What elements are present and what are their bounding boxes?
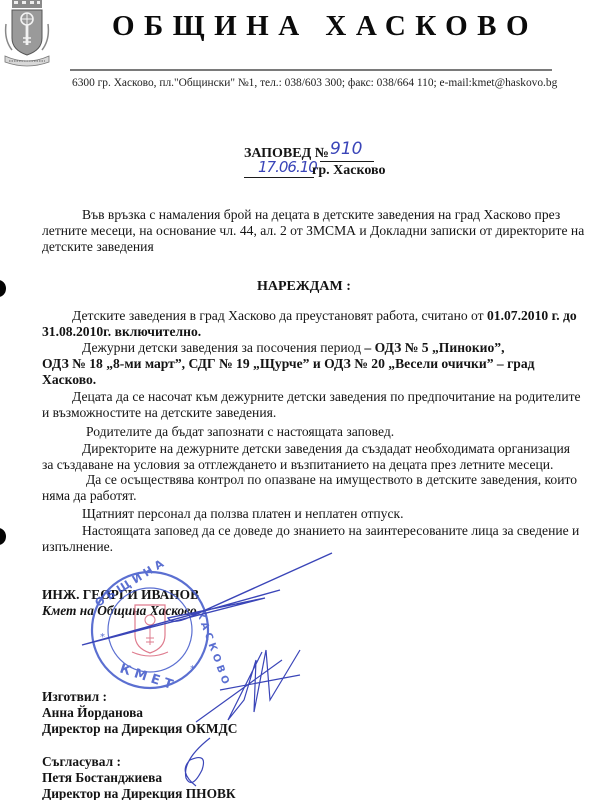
body-text: Детските заведения в град Хасково да пре… [72, 308, 487, 323]
agreed-by-title: Директор на Дирекция ПНОВК [42, 786, 236, 800]
body-paragraph-1: Детските заведения в град Хасково да пре… [72, 308, 577, 324]
organization-name: ОБЩИНА ХАСКОВО [112, 10, 538, 43]
header-divider [70, 69, 552, 71]
body-text: Дежурни детски заведения за посочения пе… [82, 340, 364, 355]
duty-kindergartens: – ОДЗ № 5 „Пинокио”, [364, 340, 504, 355]
mayor-title: Кмет на Община Хасково [42, 603, 197, 619]
agreed-by-name: Петя Бостанджиева [42, 770, 162, 786]
body-paragraph-3: и възможностите на детските заведения. [42, 405, 276, 421]
order-number-line [320, 161, 374, 162]
body-paragraph-4: Родителите да бъдат запознати с настояща… [86, 424, 394, 440]
body-paragraph-3: Децата да се насочат към дежурните детск… [72, 389, 581, 405]
body-paragraph-7: Щатният персонал да ползва платен и непл… [82, 506, 404, 522]
body-paragraph-5: Директорите на дежурните детски заведени… [82, 441, 570, 457]
prepared-by-label: Изготвил : [42, 689, 107, 705]
preamble-line: детските заведения [42, 239, 154, 255]
coat-of-arms-icon [4, 0, 50, 68]
official-stamp-icon: О Б Щ И Н А Х А С К О В О К М Е Т * * [92, 557, 231, 693]
body-paragraph-6: Да се осъществява контрол по опазване на… [86, 472, 577, 488]
body-paragraph-2: Дежурни детски заведения за посочения пе… [82, 340, 505, 356]
scan-artifact-hole [0, 528, 6, 545]
svg-text:*: * [190, 664, 195, 675]
svg-text:Х А С К О В О: Х А С К О В О [194, 610, 230, 686]
order-date-line [244, 177, 314, 178]
order-city: гр. Хасково [312, 163, 385, 179]
order-date-handwritten: 17.06.10 [258, 158, 317, 176]
order-number-handwritten: 910 [330, 139, 362, 159]
preamble-line: Във връзка с намаления брой на децата в … [82, 207, 560, 223]
svg-text:*: * [100, 632, 105, 643]
contact-line: 6300 гр. Хасково, пл."Общински" №1, тел.… [72, 77, 557, 89]
body-paragraph-5: за създаване на условия за отглеждането … [42, 457, 553, 473]
body-paragraph-8: изпълнение. [42, 539, 113, 555]
agreed-by-label: Съгласувал : [42, 754, 121, 770]
duty-kindergartens: Хасково. [42, 372, 96, 388]
body-paragraph-6: няма да работят. [42, 488, 137, 504]
duty-kindergartens: ОДЗ № 18 „8-ми март”, СДГ № 19 „Щурче” и… [42, 356, 535, 372]
order-heading: НАРЕЖДАМ : [257, 279, 351, 295]
scan-artifact-hole [0, 280, 6, 297]
body-date-range: 01.07.2010 г. до [487, 308, 577, 323]
mayor-name: ИНЖ. ГЕОРГИ ИВАНОВ [42, 587, 199, 603]
body-date-range: 31.08.2010г. включително. [42, 324, 201, 340]
body-paragraph-8: Настоящата заповед да се доведе до знани… [82, 523, 579, 539]
prepared-by-title: Директор на Дирекция ОКМДС [42, 721, 237, 737]
svg-text:К М Е Т: К М Е Т [118, 662, 175, 693]
preamble-line: летните месеци, на основание чл. 44, ал.… [42, 223, 584, 239]
prepared-by-name: Анна Йорданова [42, 705, 143, 721]
